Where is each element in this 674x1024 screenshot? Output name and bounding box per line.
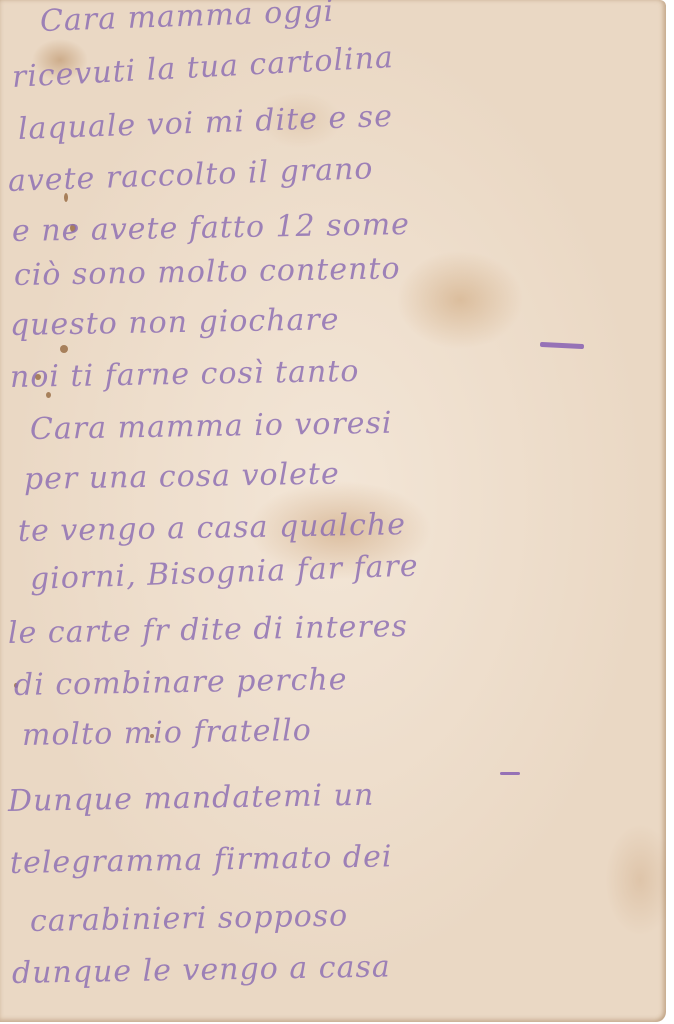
- letter-line: per una cosa volete: [24, 456, 340, 497]
- letter-line: telegramma firmato dei: [10, 839, 393, 881]
- letter-line: Dunque mandatemi un: [8, 778, 375, 819]
- letter-line: di combinare perche: [14, 662, 348, 703]
- letter-line: ciò sono molto contento: [14, 251, 401, 293]
- letter-line: le carte fr dite di interes: [8, 609, 408, 651]
- letter-line: dunque le vengo a casa: [12, 949, 391, 991]
- letter-line: ricevuti la tua cartolina: [11, 40, 395, 95]
- letter-line: te vengo a casa qualche: [18, 507, 407, 549]
- letter-line: e ne avete fatto 12 some: [12, 207, 410, 249]
- letter-line: noi ti farne così tanto: [10, 354, 360, 395]
- letter-line: Cara mamma oggi: [39, 0, 334, 39]
- handwritten-letter: Cara mamma oggi ricevuti la tua cartolin…: [0, 0, 666, 1022]
- letter-line: avete raccolto il grano: [7, 151, 374, 199]
- postcard-back: Cara mamma oggi ricevuti la tua cartolin…: [0, 0, 666, 1022]
- letter-line: carabinieri sopposo: [30, 898, 349, 939]
- letter-line: molto mio fratello: [22, 713, 312, 753]
- letter-line: Cara mamma io voresi: [30, 406, 393, 447]
- letter-line: laquale voi mi dite e se: [17, 99, 393, 147]
- letter-line: questo non giochare: [10, 302, 340, 343]
- letter-line: giorni, Bisognia far fare: [29, 548, 419, 597]
